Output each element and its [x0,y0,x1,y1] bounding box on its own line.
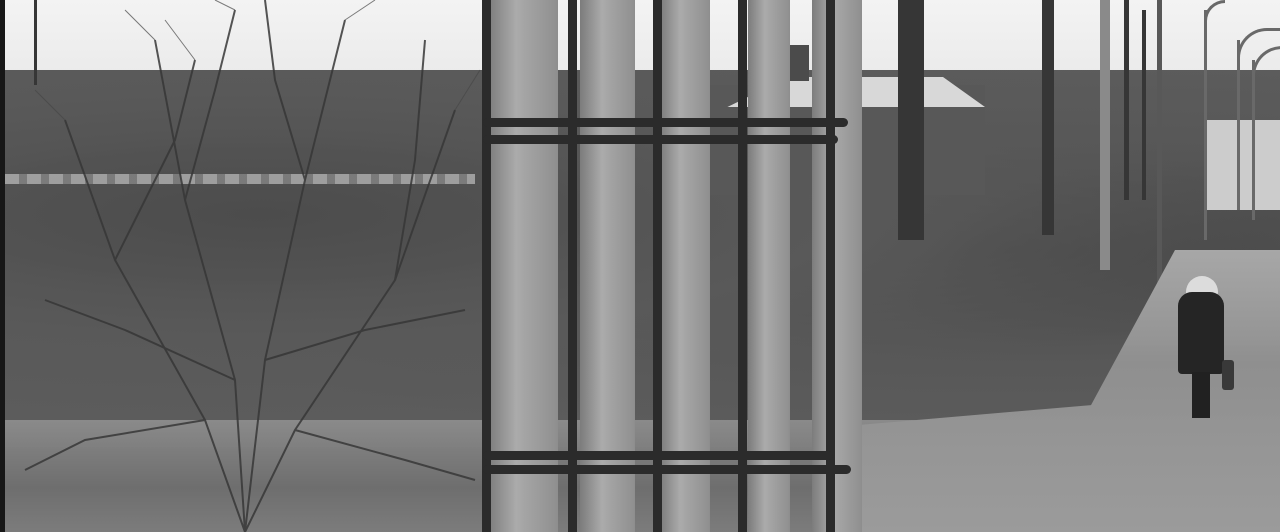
utility-pole [1100,0,1110,270]
bare-shrub [5,0,485,532]
utility-pole [1042,0,1054,235]
person-legs [1192,372,1210,418]
street-lamp-post [1237,40,1240,210]
street-lamp-post [1204,10,1207,240]
photo-border [0,0,5,532]
person-bag [1222,360,1234,390]
rebar-horizontal [483,465,851,474]
street-lamp-post [1252,60,1255,220]
utility-pole [1142,10,1146,200]
utility-pole [1157,0,1162,290]
utility-pole [898,0,924,240]
photograph: Black-and-white photograph: a rebar grid… [0,0,1280,532]
rebar-horizontal [483,135,838,144]
rebar-horizontal [483,118,848,127]
walking-person [1176,276,1236,426]
utility-pole [1124,0,1129,200]
rebar-horizontal [483,451,833,460]
person-coat [1178,292,1224,374]
apartment-building [1205,120,1280,210]
